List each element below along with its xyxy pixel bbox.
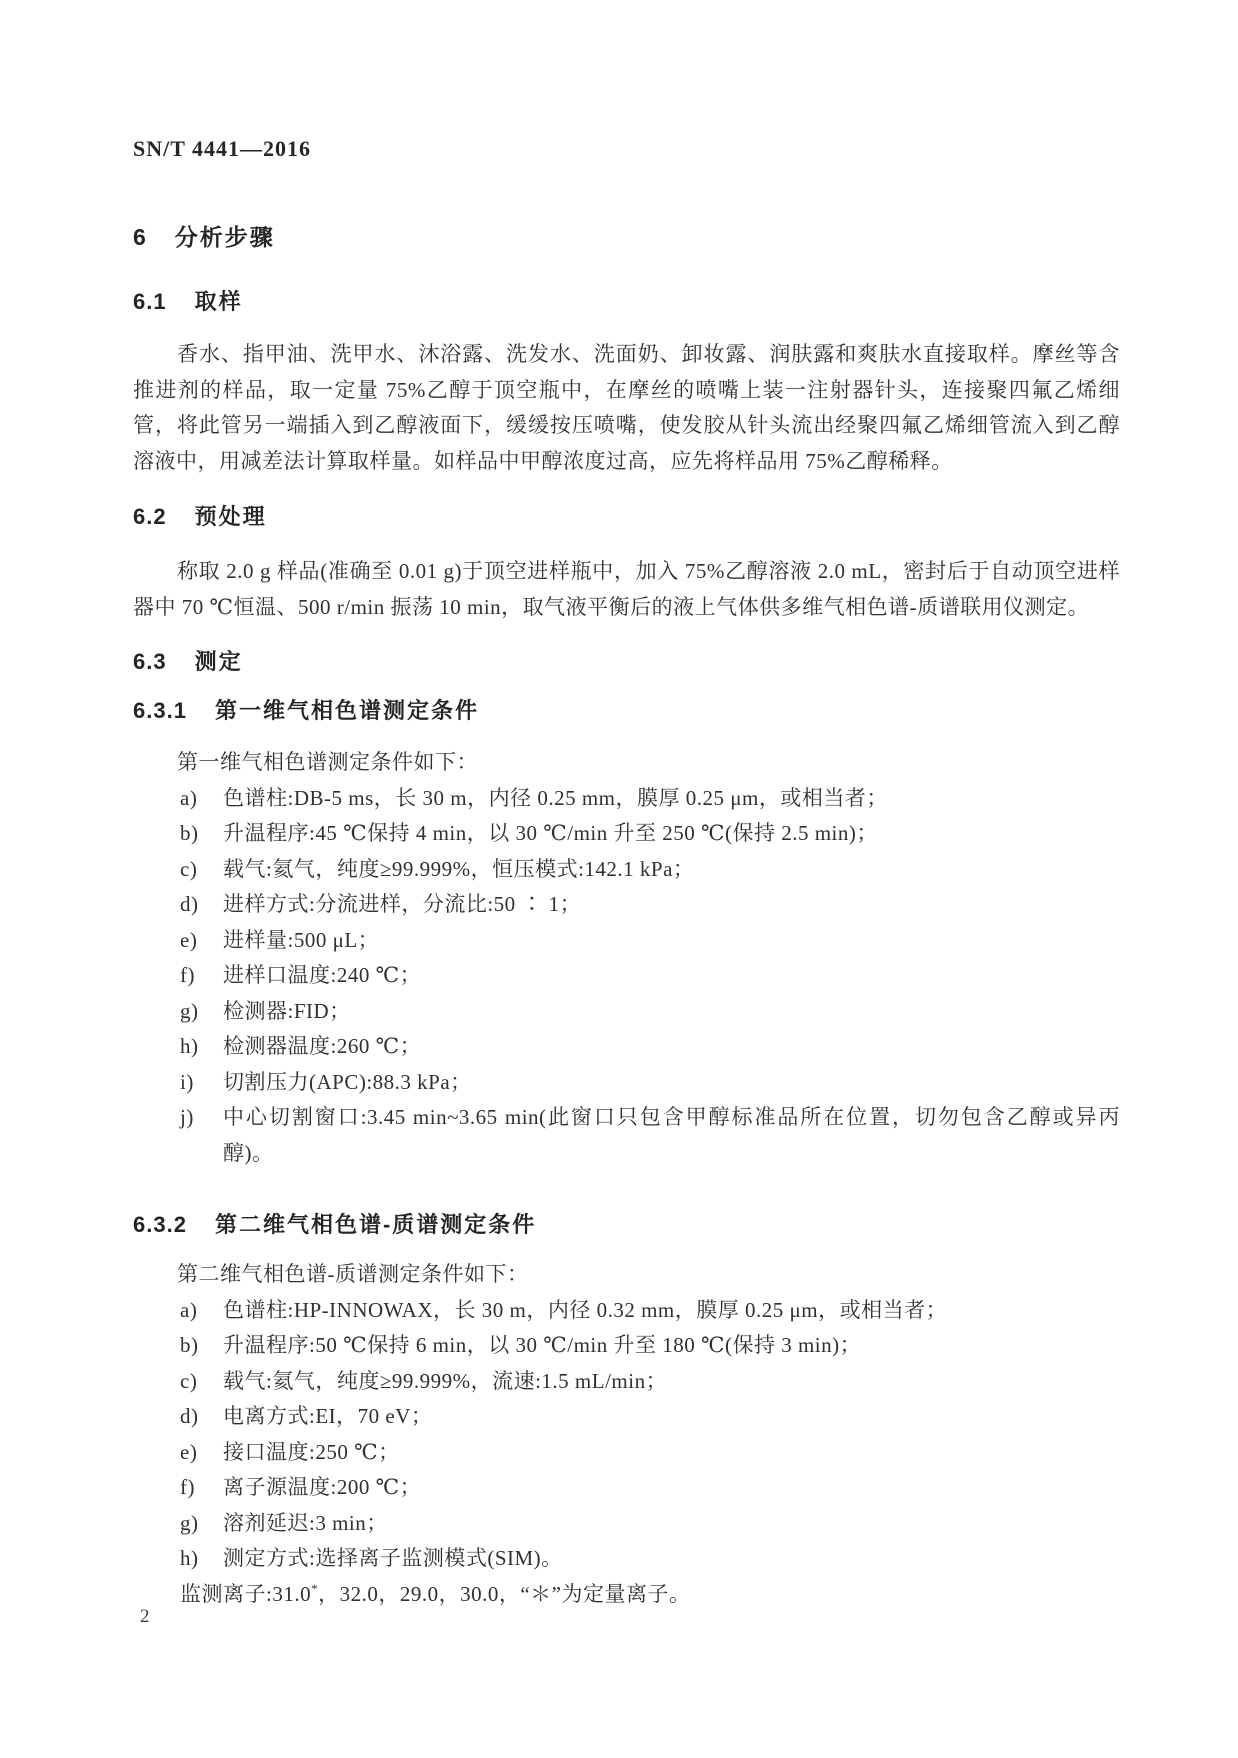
- section-6-3-heading: 6.3测定: [133, 649, 1120, 675]
- list-item-text: 载气:氦气，纯度≥99.999%，恒压模式:142.1 kPa；: [223, 852, 1120, 888]
- list-item: e)接口温度:250 ℃；: [133, 1435, 1120, 1471]
- section-6-3-title: 测定: [195, 649, 243, 674]
- list-item-label: b): [180, 816, 223, 852]
- list-item-label: f): [180, 958, 223, 994]
- list-item-text: 测定方式:选择离子监测模式(SIM)。: [223, 1541, 1120, 1577]
- list-item-label: f): [180, 1470, 223, 1506]
- list-item: c)载气:氦气，纯度≥99.999%，流速:1.5 mL/min；: [133, 1364, 1120, 1400]
- list-item-label: d): [180, 887, 223, 923]
- standard-code: SN/T 4441—2016: [133, 136, 1120, 162]
- section-6-2-heading: 6.2预处理: [133, 504, 1120, 530]
- section-6-3-1-heading: 6.3.1第一维气相色谱测定条件: [133, 698, 1120, 724]
- list-item-label: g): [180, 1506, 223, 1542]
- section-6-3-number: 6.3: [133, 649, 167, 675]
- list-item-text: 电离方式:EI，70 eV；: [223, 1399, 1120, 1435]
- section-6-3-1-title: 第一维气相色谱测定条件: [215, 698, 479, 723]
- document-page: SN/T 4441—2016 6分析步骤 6.1取样 香水、指甲油、洗甲水、沐浴…: [0, 0, 1238, 1758]
- list-item: a)色谱柱:HP-INNOWAX，长 30 m，内径 0.32 mm，膜厚 0.…: [133, 1293, 1120, 1329]
- list-item: i)切割压力(APC):88.3 kPa；: [133, 1065, 1120, 1101]
- list-item-text: 色谱柱:DB-5 ms，长 30 m，内径 0.25 mm，膜厚 0.25 μm…: [223, 781, 1120, 817]
- monitored-ions-note: 监测离子:31.0*，32.0，29.0，30.0，“＊”为定量离子。: [180, 1577, 1120, 1613]
- list-item-text: 进样量:500 μL；: [223, 923, 1120, 959]
- list-item: d)进样方式:分流进样，分流比:50 ∶ 1；: [133, 887, 1120, 923]
- list-item-label: c): [180, 852, 223, 888]
- list-item-text: 进样方式:分流进样，分流比:50 ∶ 1；: [223, 887, 1120, 923]
- list-item: e)进样量:500 μL；: [133, 923, 1120, 959]
- list-item-text: 中心切割窗口:3.45 min~3.65 min(此窗口只包含甲醇标准品所在位置…: [223, 1100, 1120, 1171]
- section-6-3-2-lead: 第二维气相色谱-质谱测定条件如下：: [133, 1257, 1120, 1293]
- list-item-label: j): [180, 1100, 223, 1171]
- list-item: a)色谱柱:DB-5 ms，长 30 m，内径 0.25 mm，膜厚 0.25 …: [133, 781, 1120, 817]
- list-item-text: 升温程序:45 ℃保持 4 min，以 30 ℃/min 升至 250 ℃(保持…: [223, 816, 1120, 852]
- list-item-label: a): [180, 781, 223, 817]
- list-item: b)升温程序:45 ℃保持 4 min，以 30 ℃/min 升至 250 ℃(…: [133, 816, 1120, 852]
- section-6-2-title: 预处理: [195, 504, 267, 529]
- list-item: d)电离方式:EI，70 eV；: [133, 1399, 1120, 1435]
- list-item-label: c): [180, 1364, 223, 1400]
- list-item: h)检测器温度:260 ℃；: [133, 1029, 1120, 1065]
- list-item-label: e): [180, 923, 223, 959]
- list-item-label: h): [180, 1541, 223, 1577]
- list-item-text: 检测器温度:260 ℃；: [223, 1029, 1120, 1065]
- list-item-label: e): [180, 1435, 223, 1471]
- section-6-3-2-title: 第二维气相色谱-质谱测定条件: [215, 1212, 536, 1237]
- list-item: g)检测器:FID；: [133, 994, 1120, 1030]
- list-item-text: 色谱柱:HP-INNOWAX，长 30 m，内径 0.32 mm，膜厚 0.25…: [223, 1293, 1120, 1329]
- list-item-text: 离子源温度:200 ℃；: [223, 1470, 1120, 1506]
- list-item-text: 接口温度:250 ℃；: [223, 1435, 1120, 1471]
- section-6-2-number: 6.2: [133, 504, 167, 530]
- section-6-1-number: 6.1: [133, 289, 167, 315]
- list-item-text: 切割压力(APC):88.3 kPa；: [223, 1065, 1120, 1101]
- list-item-text: 载气:氦气，纯度≥99.999%，流速:1.5 mL/min；: [223, 1364, 1120, 1400]
- note-rest: ，32.0，29.0，30.0，“＊”为定量离子。: [318, 1582, 690, 1606]
- section-6-1-heading: 6.1取样: [133, 289, 1120, 315]
- list-item-label: h): [180, 1029, 223, 1065]
- list-item: f)进样口温度:240 ℃；: [133, 958, 1120, 994]
- section-6-heading: 6分析步骤: [133, 224, 1120, 250]
- list-item: g)溶剂延迟:3 min；: [133, 1506, 1120, 1542]
- list-item-text: 检测器:FID；: [223, 994, 1120, 1030]
- list-item: c)载气:氦气，纯度≥99.999%，恒压模式:142.1 kPa；: [133, 852, 1120, 888]
- list-item: h)测定方式:选择离子监测模式(SIM)。: [133, 1541, 1120, 1577]
- list-item-label: b): [180, 1328, 223, 1364]
- section-6-3-2-number: 6.3.2: [133, 1212, 187, 1238]
- page-number: 2: [140, 1605, 150, 1629]
- list-item: b)升温程序:50 ℃保持 6 min，以 30 ℃/min 升至 180 ℃(…: [133, 1328, 1120, 1364]
- section-6-title: 分析步骤: [175, 224, 275, 250]
- note-prefix: 监测离子:31.0: [180, 1582, 311, 1606]
- section-6-3-2-heading: 6.3.2第二维气相色谱-质谱测定条件: [133, 1212, 1120, 1238]
- list-item-label: i): [180, 1065, 223, 1101]
- list-item-label: a): [180, 1293, 223, 1329]
- gc-conditions-list-1: a)色谱柱:DB-5 ms，长 30 m，内径 0.25 mm，膜厚 0.25 …: [133, 781, 1120, 1172]
- list-item-label: d): [180, 1399, 223, 1435]
- page-content: SN/T 4441—2016 6分析步骤 6.1取样 香水、指甲油、洗甲水、沐浴…: [133, 0, 1120, 1612]
- list-item: j)中心切割窗口:3.45 min~3.65 min(此窗口只包含甲醇标准品所在…: [133, 1100, 1120, 1171]
- list-item-text: 进样口温度:240 ℃；: [223, 958, 1120, 994]
- list-item: f)离子源温度:200 ℃；: [133, 1470, 1120, 1506]
- section-6-2-paragraph: 称取 2.0 g 样品(准确至 0.01 g)于顶空进样瓶中，加入 75%乙醇溶…: [133, 554, 1120, 625]
- gcms-conditions-list-2: a)色谱柱:HP-INNOWAX，长 30 m，内径 0.32 mm，膜厚 0.…: [133, 1293, 1120, 1577]
- section-6-1-title: 取样: [195, 289, 243, 314]
- list-item-text: 溶剂延迟:3 min；: [223, 1506, 1120, 1542]
- section-6-number: 6: [133, 224, 147, 250]
- section-6-3-1-number: 6.3.1: [133, 698, 187, 724]
- section-6-3-1-lead: 第一维气相色谱测定条件如下：: [133, 745, 1120, 781]
- section-6-1-paragraph: 香水、指甲油、洗甲水、沐浴露、洗发水、洗面奶、卸妆露、润肤露和爽肤水直接取样。摩…: [133, 337, 1120, 479]
- list-item-text: 升温程序:50 ℃保持 6 min，以 30 ℃/min 升至 180 ℃(保持…: [223, 1328, 1120, 1364]
- list-item-label: g): [180, 994, 223, 1030]
